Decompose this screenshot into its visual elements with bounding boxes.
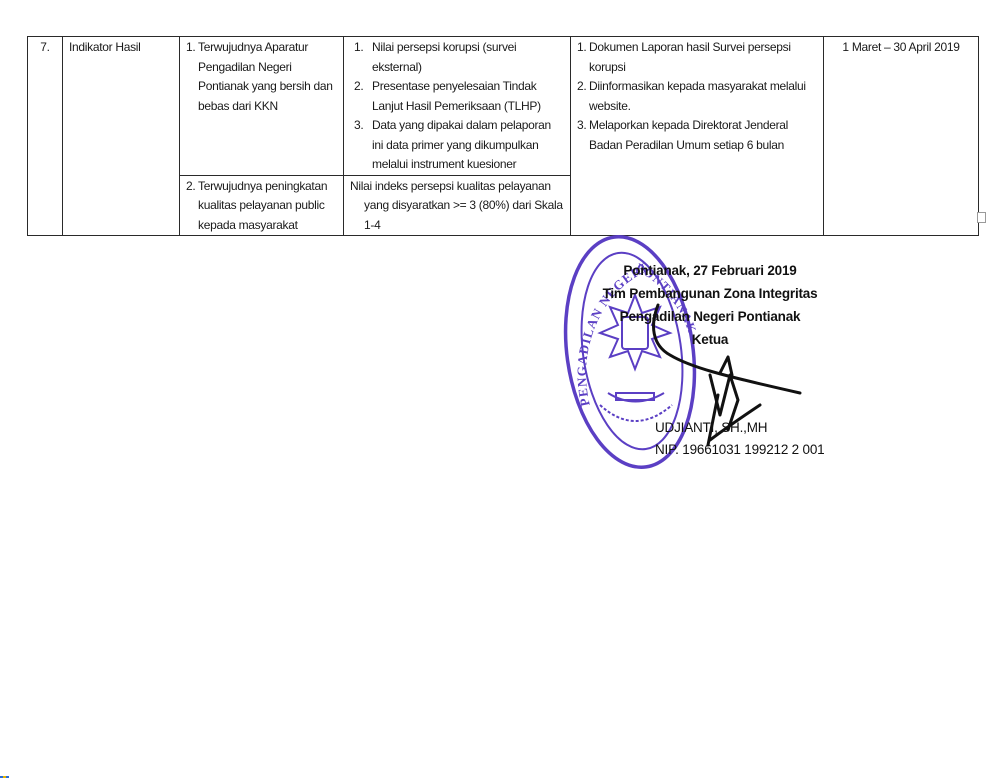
signature-block: PENGADILAN NEGERI PONTIANAK Pontianak, 2…: [560, 225, 850, 485]
measure-cell-1: 1.Nilai persepsi korupsi (survei ekstern…: [344, 37, 571, 176]
indicator-table: 7. Indikator Hasil 1. Terwujudnya Aparat…: [27, 36, 979, 236]
row-number: 7.: [28, 37, 63, 236]
table-resize-handle[interactable]: [977, 212, 986, 223]
method-cell: 1.Dokumen Laporan hasil Survei persepsi …: [571, 37, 824, 236]
goal-item: 1. Terwujudnya Aparatur Pengadilan Neger…: [186, 38, 337, 116]
method-item: 2.Diinformasikan kepada masyarakat melal…: [577, 77, 817, 116]
indicator-label: Indikator Hasil: [63, 37, 180, 236]
table-row: 7. Indikator Hasil 1. Terwujudnya Aparat…: [28, 37, 979, 176]
method-item: 1.Dokumen Laporan hasil Survei persepsi …: [577, 38, 817, 77]
measure-cell-2: Nilai indeks persepsi kualitas pelayanan…: [344, 175, 571, 236]
goal-cell-1: 1. Terwujudnya Aparatur Pengadilan Neger…: [180, 37, 344, 176]
signer-nip: NIP. 19661031 199212 2 001: [655, 439, 824, 461]
method-item: 3.Melaporkan kepada Direktorat Jenderal …: [577, 116, 817, 155]
measure-item: 3.Data yang dipakai dalam pelaporan ini …: [350, 116, 564, 175]
measure-item: 2.Presentase penyelesaian Tindak Lanjut …: [350, 77, 564, 116]
goal-item: 2. Terwujudnya peningkatan kualitas pela…: [186, 177, 337, 236]
period-cell: 1 Maret – 30 April 2019: [824, 37, 979, 236]
goal-cell-2: 2. Terwujudnya peningkatan kualitas pela…: [180, 175, 344, 236]
signer-name: UDJIANTI, SH.,MH: [655, 417, 824, 439]
measure-item: 1.Nilai persepsi korupsi (survei ekstern…: [350, 38, 564, 77]
signer-details: UDJIANTI, SH.,MH NIP. 19661031 199212 2 …: [655, 417, 824, 461]
